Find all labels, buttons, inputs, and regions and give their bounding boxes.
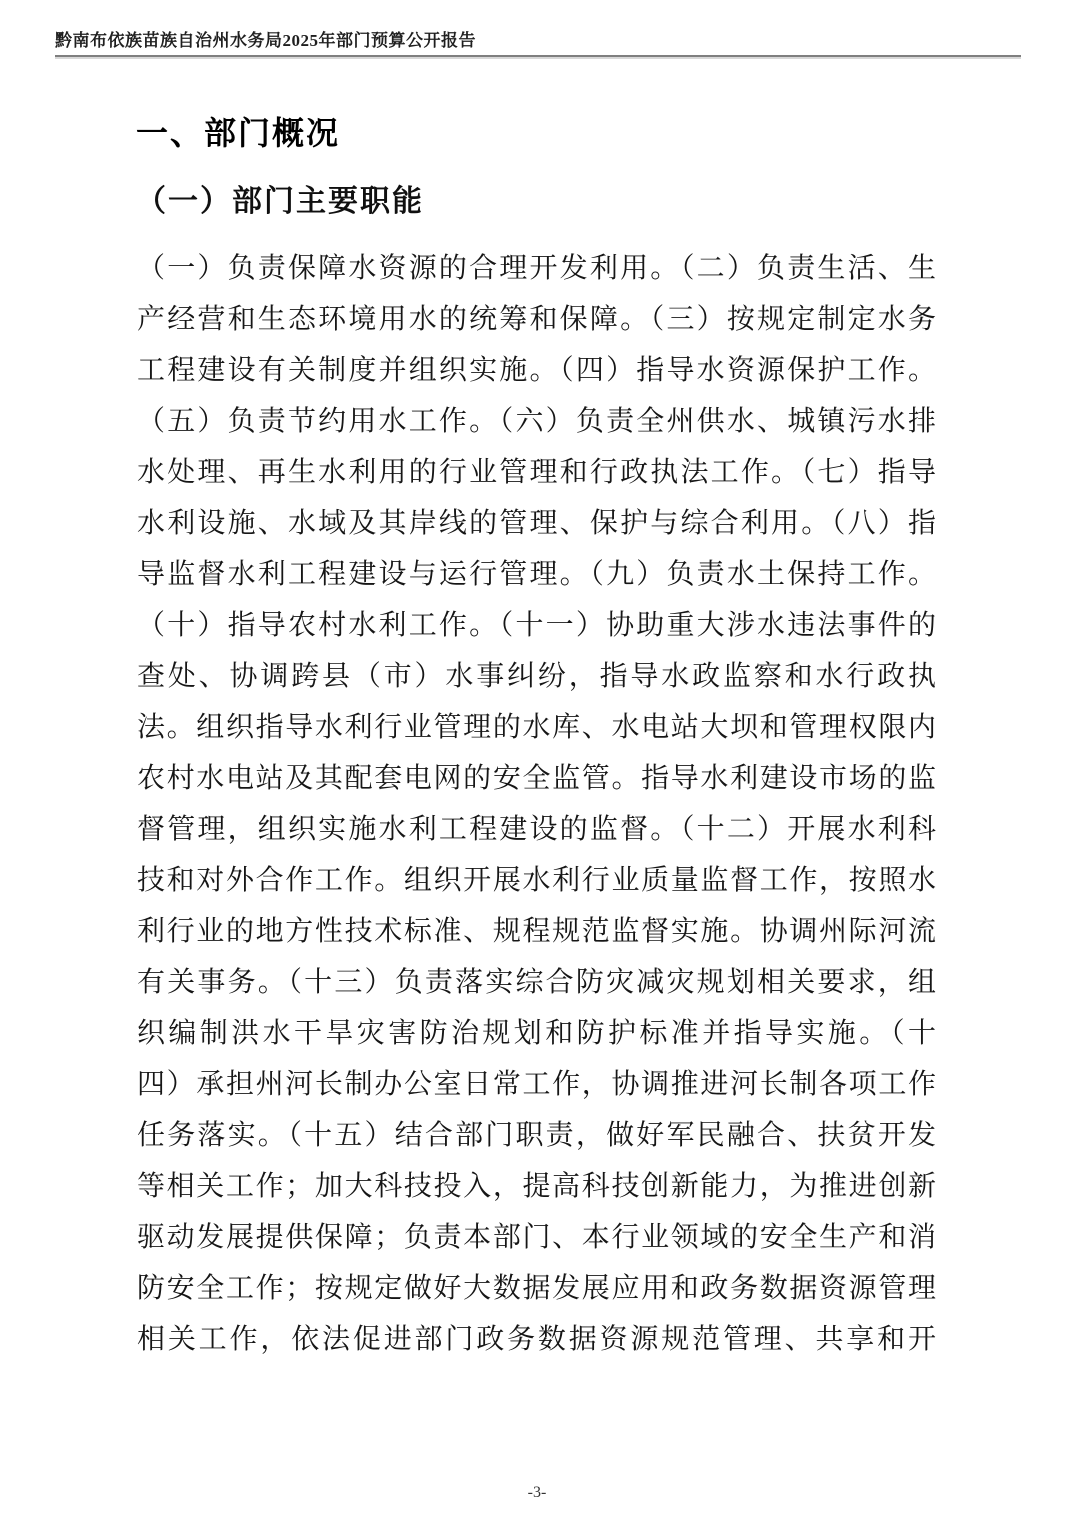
paragraph-line: 利行业的地方性技术标准、规程规范监督实施。协调州际河流 (137, 906, 936, 957)
paragraph-line: 等相关工作；加大科技投入，提高科技创新能力，为推进创新 (137, 1161, 936, 1212)
paragraph-line: 产经营和生态环境用水的统筹和保障。（三）按规定制定水务 (137, 294, 936, 345)
paragraph-line: 导监督水利工程建设与运行管理。（九）负责水土保持工作。 (137, 549, 936, 600)
document-page: 黔南布依族苗族自治州水务局2025年部门预算公开报告 一、部门概况 （一）部门主… (0, 0, 1074, 1520)
header-rule (55, 55, 1021, 59)
page-number: -3- (528, 1484, 547, 1501)
paragraph-line: 防安全工作；按规定做好大数据发展应用和政务数据资源管理 (137, 1263, 936, 1314)
paragraph-line: 查处、协调跨县（市）水事纠纷，指导水政监察和水行政执 (137, 651, 936, 702)
paragraph-line: 驱动发展提供保障；负责本部门、本行业领域的安全生产和消 (137, 1212, 936, 1263)
paragraph-line: 法。组织指导水利行业管理的水库、水电站大坝和管理权限内 (137, 702, 936, 753)
paragraph-line: 水利设施、水域及其岸线的管理、保护与综合利用。（八）指 (137, 498, 936, 549)
body-paragraph: （一）负责保障水资源的合理开发利用。（二）负责生活、生产经营和生态环境用水的统筹… (137, 243, 936, 1365)
paragraph-line: 任务落实。（十五）结合部门职责，做好军民融合、扶贫开发 (137, 1110, 936, 1161)
paragraph-line: 织编制洪水干旱灾害防治规划和防护标准并指导实施。（十 (137, 1008, 936, 1059)
paragraph-line: （一）负责保障水资源的合理开发利用。（二）负责生活、生 (137, 243, 936, 294)
section-heading: 一、部门概况 (136, 108, 340, 154)
paragraph-line: （十）指导农村水利工作。（十一）协助重大涉水违法事件的 (137, 600, 936, 651)
header-title: 黔南布依族苗族自治州水务局2025年部门预算公开报告 (55, 26, 476, 51)
paragraph-line: 技和对外合作工作。组织开展水利行业质量监督工作，按照水 (137, 855, 936, 906)
paragraph-line: 有关事务。（十三）负责落实综合防灾减灾规划相关要求，组 (137, 957, 936, 1008)
paragraph-line: 四）承担州河长制办公室日常工作，协调推进河长制各项工作 (137, 1059, 936, 1110)
paragraph-line: 农村水电站及其配套电网的安全监管。指导水利建设市场的监 (137, 753, 936, 804)
paragraph-line: 督管理，组织实施水利工程建设的监督。（十二）开展水利科 (137, 804, 936, 855)
paragraph-line: 相关工作，依法促进部门政务数据资源规范管理、共享和开 (137, 1314, 936, 1365)
paragraph-line: 工程建设有关制度并组织实施。（四）指导水资源保护工作。 (137, 345, 936, 396)
page-footer: -3- (0, 1484, 1074, 1502)
section-subheading: （一）部门主要职能 (136, 176, 424, 220)
paragraph-line: 水处理、再生水利用的行业管理和行政执法工作。（七）指导 (137, 447, 936, 498)
paragraph-line: （五）负责节约用水工作。（六）负责全州供水、城镇污水排 (137, 396, 936, 447)
